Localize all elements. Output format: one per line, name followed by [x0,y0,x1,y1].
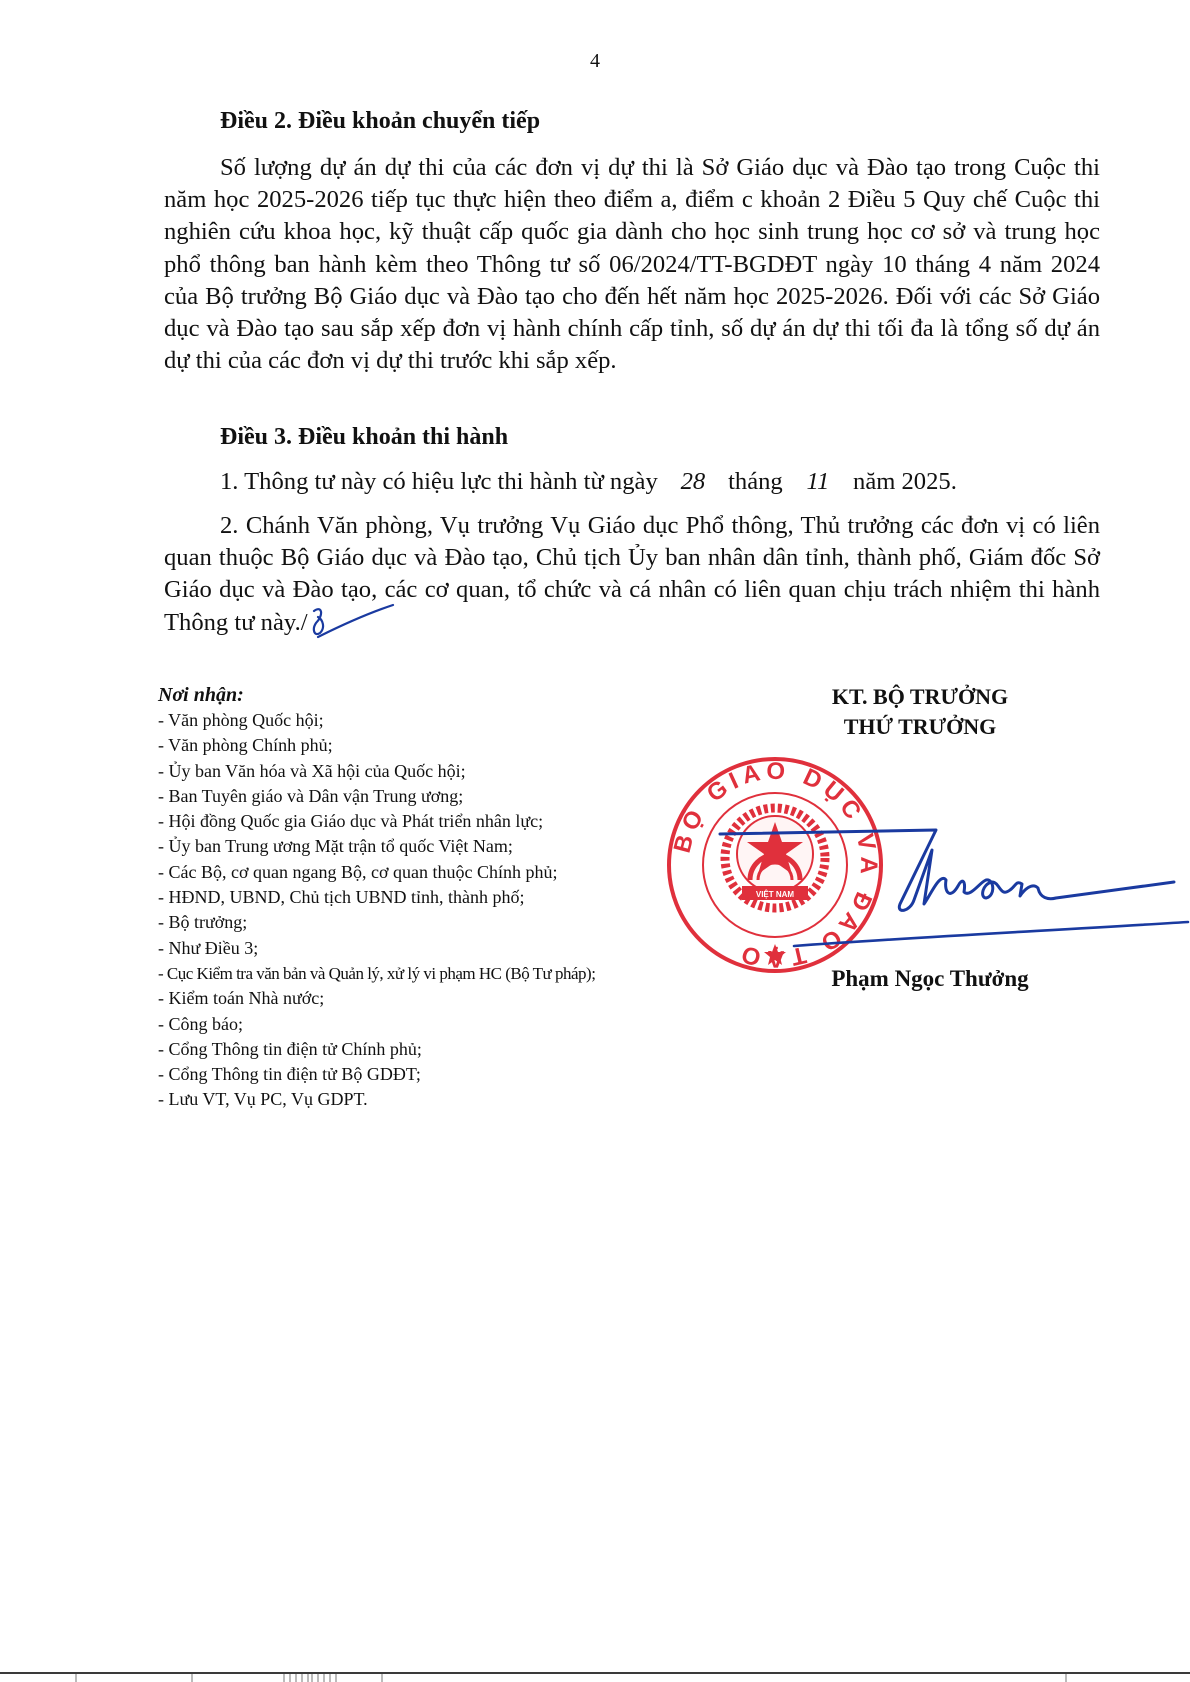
scan-artifact-ticks [0,1674,1190,1682]
handwritten-signature-icon [700,800,1190,950]
recipient-item: - Văn phòng Chính phủ; [158,733,718,758]
recipient-item: - Văn phòng Quốc hội; [158,708,718,733]
recipient-item: - Như Điều 3; [158,936,718,961]
recipient-item: - Kiểm toán Nhà nước; [158,986,718,1011]
article-2-paragraph: Số lượng dự án dự thi của các đơn vị dự … [164,152,1100,377]
recipient-item: - Lưu VT, Vụ PC, Vụ GDPT. [158,1087,718,1112]
clause-2-text: 2. Chánh Văn phòng, Vụ trưởng Vụ Giáo dụ… [164,512,1100,636]
recipient-item: - Các Bộ, cơ quan ngang Bộ, cơ quan thuộ… [158,860,718,885]
recipient-item: - Ủy ban Trung ương Mặt trận tổ quốc Việ… [158,834,718,859]
recipient-item: - Ban Tuyên giáo và Dân vận Trung ương; [158,784,718,809]
month-label: tháng [728,468,783,495]
article-3-heading: Điều 3. Điều khoản thi hành [220,424,508,451]
recipient-item: - Công báo; [158,1012,718,1037]
recipient-item: - Cổng Thông tin điện tử Chính phủ; [158,1037,718,1062]
recipient-item: - Hội đồng Quốc gia Giáo dục và Phát tri… [158,809,718,834]
page-number: 4 [0,50,1190,73]
article-3-clause-1: 1. Thông tư này có hiệu lực thi hành từ … [220,466,1100,498]
recipient-item: - Ủy ban Văn hóa và Xã hội của Quốc hội; [158,759,718,784]
signer-name: Phạm Ngọc Thưởng [780,966,1080,992]
recipients-list: Nơi nhận: - Văn phòng Quốc hội; - Văn ph… [158,682,718,1113]
initial-mark-icon [308,609,398,639]
clause-1-prefix: 1. Thông tư này có hiệu lực thi hành từ … [220,468,658,495]
recipient-item: - Cổng Thông tin điện tử Bộ GDĐT; [158,1062,718,1087]
recipient-item: - Cục Kiểm tra văn bản và Quản lý, xử lý… [158,961,718,986]
effective-year: năm 2025. [853,468,957,495]
effective-day: 28 [664,466,722,498]
effective-month: 11 [789,466,847,498]
signer-title-line-2: THỨ TRƯỞNG [780,712,1060,742]
article-3-clause-2: 2. Chánh Văn phòng, Vụ trưởng Vụ Giáo dụ… [164,510,1100,639]
signer-title-line-1: KT. BỘ TRƯỞNG [780,682,1060,712]
recipient-item: - HĐND, UBND, Chủ tịch UBND tỉnh, thành … [158,885,718,910]
signature-block: KT. BỘ TRƯỞNG THỨ TRƯỞNG [780,682,1060,742]
article-2-heading: Điều 2. Điều khoản chuyển tiếp [220,108,540,135]
recipients-title: Nơi nhận: [158,682,718,708]
recipient-item: - Bộ trưởng; [158,910,718,935]
